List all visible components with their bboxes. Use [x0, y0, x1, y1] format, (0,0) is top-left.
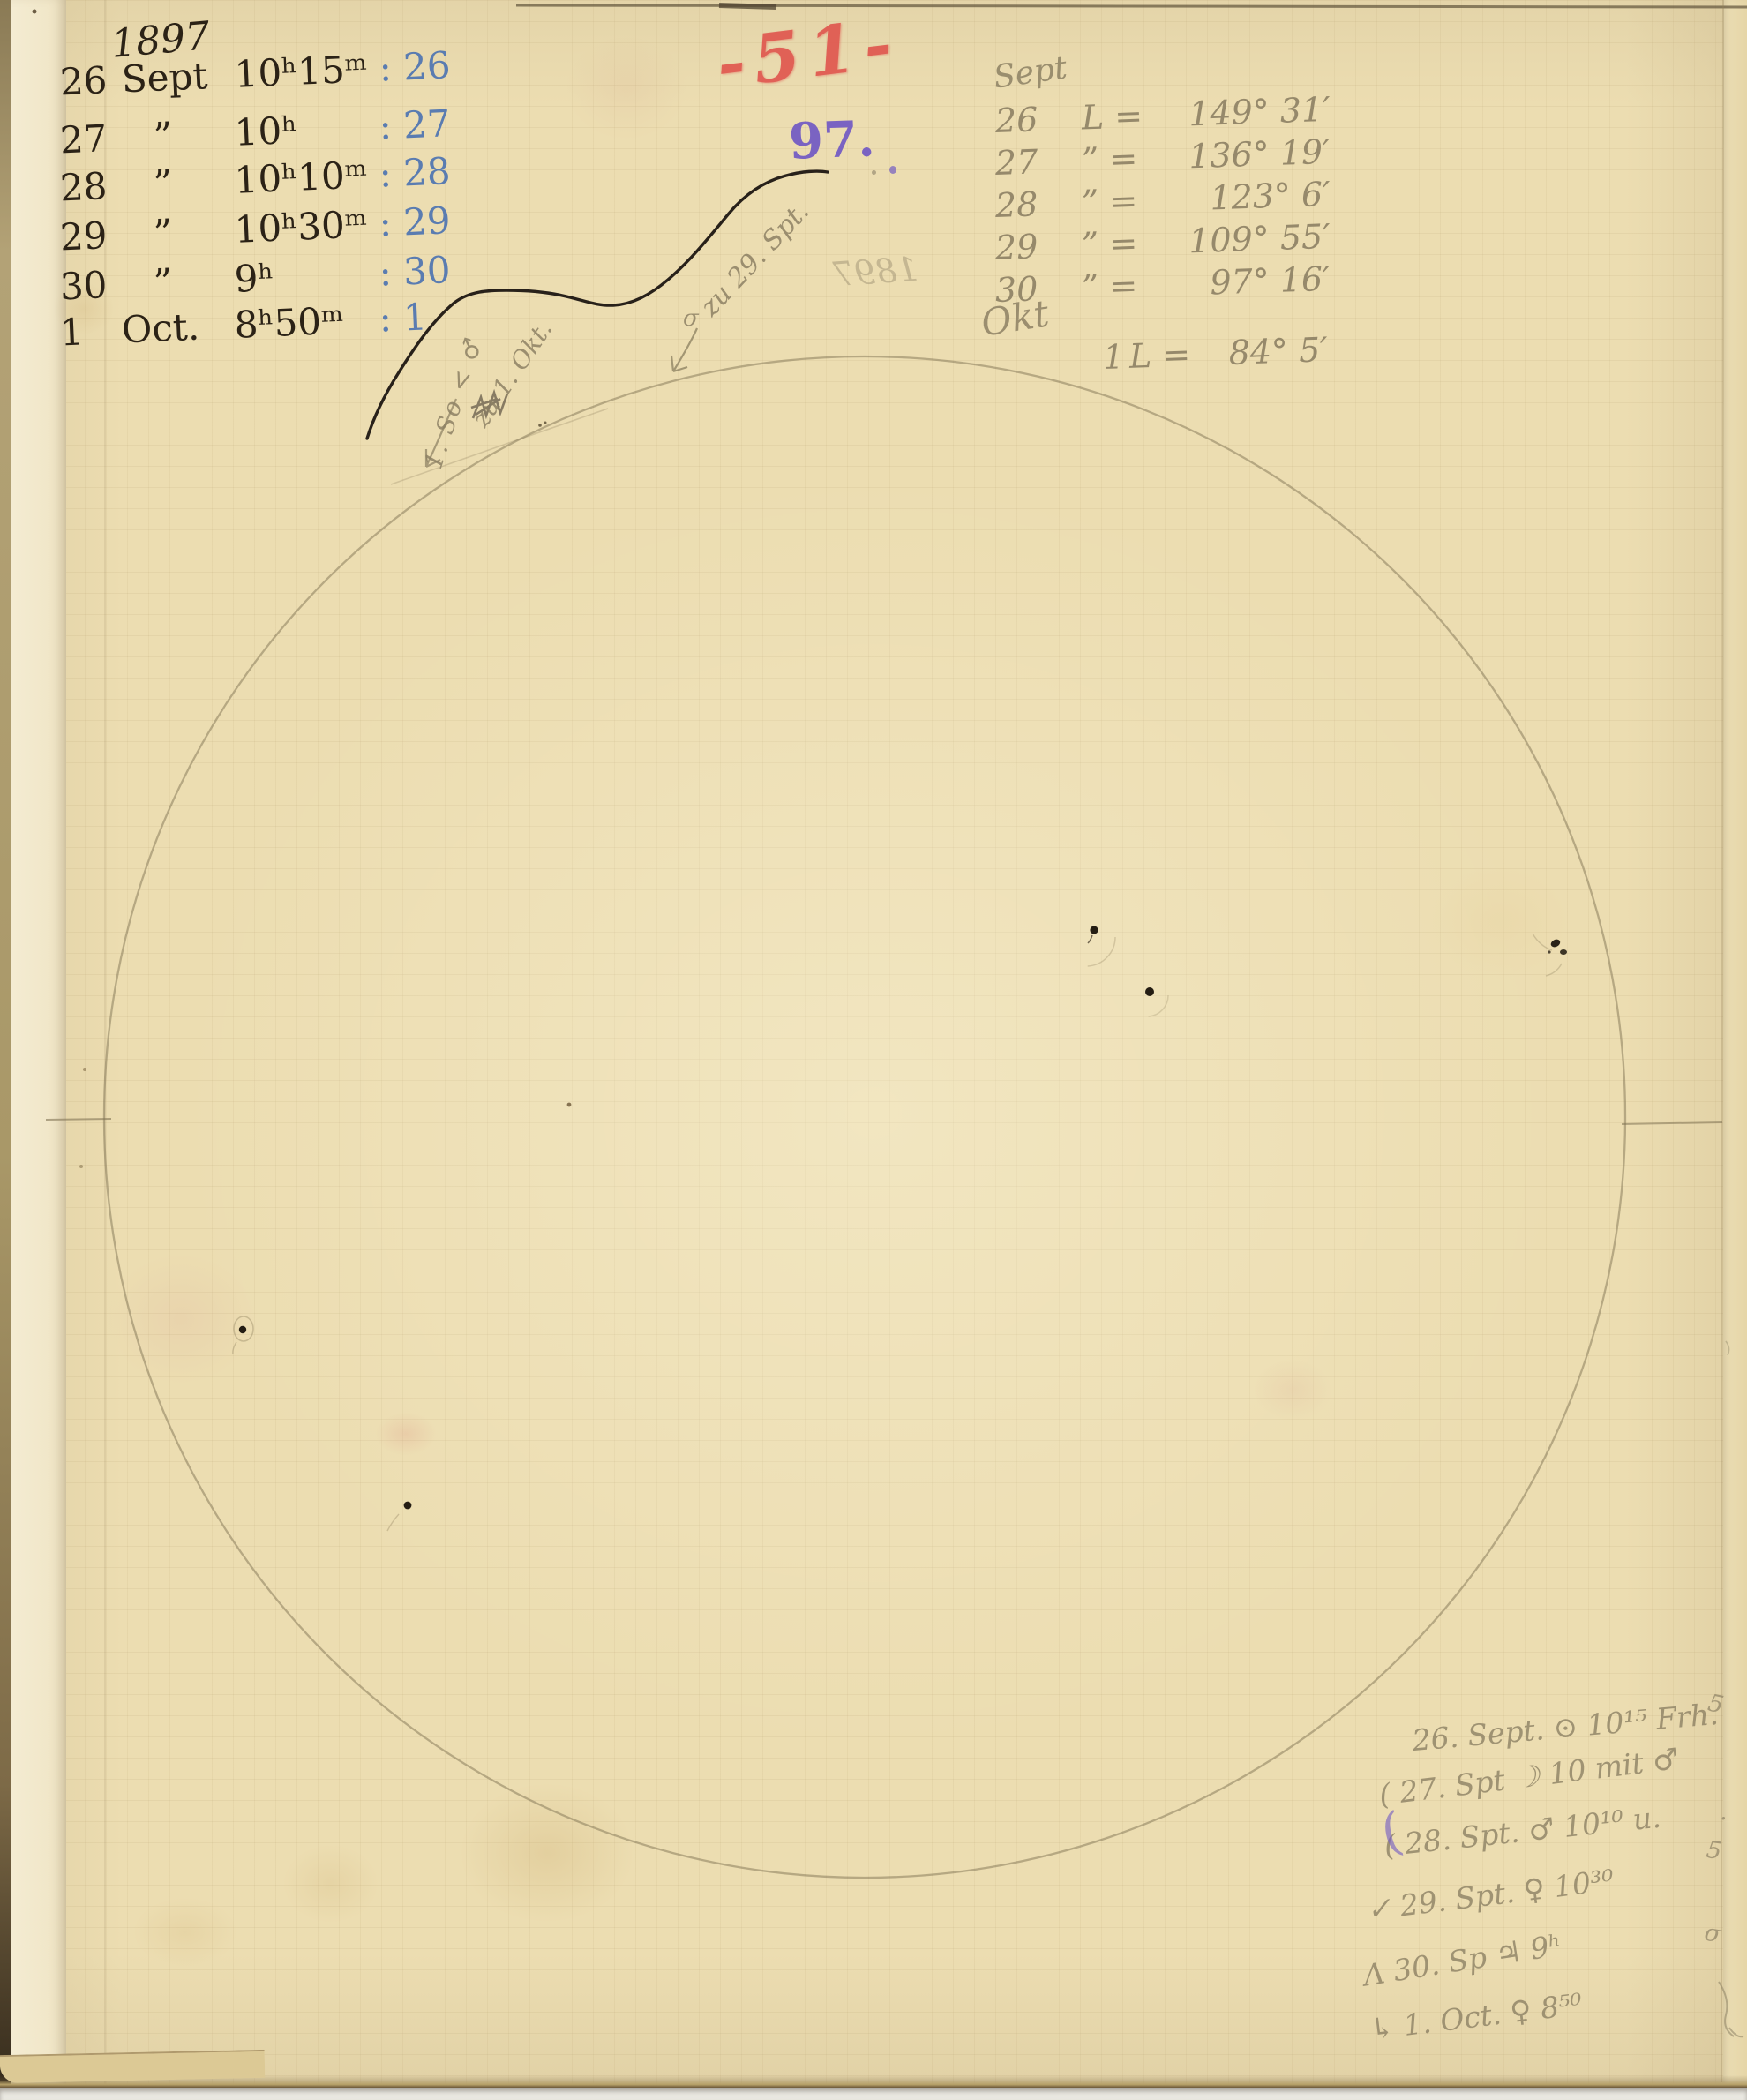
- binding-edge: [0, 0, 11, 2100]
- paper-stain: [282, 1844, 379, 1924]
- obs-month: ”: [153, 211, 174, 255]
- lon-eq: L =: [1081, 96, 1143, 137]
- obs-id-mark: : 1: [379, 295, 428, 340]
- lon-value: 84° 5′: [1181, 330, 1328, 374]
- obs-id-mark: : 27: [379, 101, 452, 147]
- edge-mark: ·: [1720, 1805, 1728, 1833]
- lon-day: 28: [994, 184, 1038, 225]
- pencil-arrow-right: [671, 328, 697, 371]
- obs-day: 28: [59, 164, 109, 209]
- lon-value: 136° 19′: [1144, 132, 1331, 177]
- obs-id-mark: : 30: [379, 248, 452, 294]
- obs-id-mark: : 29: [379, 199, 452, 244]
- sunspot-tail: [387, 1514, 399, 1531]
- obs-id-mark: : 28: [379, 149, 452, 195]
- obs-time: 10ʰ: [234, 109, 299, 154]
- longitude-okt-header: Okt: [978, 291, 1052, 344]
- paper-stain: [106, 1253, 256, 1385]
- curve-note-right: zu 29. Spt.: [694, 196, 815, 322]
- paper-fleck: [79, 1165, 83, 1168]
- obs-month: Sept: [121, 54, 208, 101]
- sunspot-pencil-ring: [1126, 974, 1168, 1016]
- obs-month: ”: [153, 161, 174, 206]
- lon-value: 149° 31′: [1144, 90, 1331, 135]
- notebook-page: 1897 26 Sept 10ʰ15ᵐ : 26 27 ” 10ʰ : 27 2…: [0, 0, 1747, 2100]
- obs-day: 27: [59, 116, 109, 161]
- pencil-note-line: ↳ 1. Oct. ♀ 8⁵⁰: [1368, 1986, 1585, 2046]
- sunspot-mark: [1090, 926, 1098, 934]
- obs-month: Oct.: [121, 305, 200, 352]
- lon-day: 29: [994, 227, 1038, 267]
- solar-disk-outline: [104, 356, 1625, 1878]
- obs-time: 10ʰ10ᵐ: [234, 153, 369, 202]
- pencil-note-line: ✓ 29. Spt. ♀ 10³⁰: [1365, 1863, 1616, 1927]
- obs-time: 9ʰ: [234, 256, 275, 301]
- grey-ink-dot: [872, 170, 876, 175]
- pencil-note-line: ( 28. Spt. ♂ 10¹⁰ u.: [1383, 1800, 1662, 1864]
- lon-day: 26: [994, 100, 1038, 140]
- lon-value: 97° 16′: [1144, 259, 1331, 304]
- obs-time: 10ʰ15ᵐ: [234, 47, 369, 96]
- paper-fleck: [538, 424, 542, 427]
- obs-day: 29: [59, 214, 109, 259]
- violet-ink-dot: [889, 166, 896, 174]
- sunspot-pencil-ring: [1057, 908, 1115, 966]
- paper-stain: [375, 1412, 437, 1456]
- top-page-edge-dark-segment: [719, 5, 776, 7]
- lon-value: 123° 6′: [1144, 175, 1331, 220]
- lon-eq: ” =: [1081, 266, 1138, 306]
- obs-id-mark: : 26: [379, 43, 452, 89]
- obs-day: 1: [59, 310, 85, 354]
- lon-eq: ” =: [1081, 181, 1138, 221]
- red-crayon-number: -51-: [712, 4, 904, 104]
- paper-stain: [1253, 1359, 1332, 1421]
- paper-fleck: [544, 422, 547, 424]
- paper-stain: [1429, 865, 1571, 979]
- lon-eq: ” =: [1081, 223, 1138, 264]
- longitude-month-header: Sept: [992, 49, 1069, 95]
- paper-stain: [132, 1897, 238, 1968]
- lon-eq: ” =: [1081, 139, 1138, 179]
- lon-value: 109° 55′: [1144, 217, 1331, 262]
- longitude-row: 1 L = 84° 5′: [1102, 326, 1457, 384]
- sunspot-mark: [404, 1502, 412, 1510]
- obs-time: 10ʰ30ᵐ: [234, 202, 369, 251]
- obs-month: ”: [153, 114, 174, 158]
- paper-fleck: [567, 1103, 572, 1107]
- obs-time: 8ʰ50ᵐ: [234, 298, 345, 346]
- paper-stain: [459, 1782, 635, 1924]
- sunspot-mark: [1145, 987, 1154, 996]
- obs-day: 26: [59, 58, 109, 103]
- plate-number: 97.: [788, 109, 876, 170]
- lon-day: 27: [994, 142, 1038, 183]
- pencil-note-line: Λ 30. Sp ♃ 9ʰ: [1361, 1927, 1563, 1992]
- bottom-left-curl: [0, 2050, 265, 2083]
- top-page-edge-line: [516, 5, 1747, 7]
- paper-stain: [565, 35, 688, 141]
- equator-tick-right: [1622, 1122, 1722, 1124]
- mirrored-offset-text: 1897: [832, 250, 920, 295]
- curve-sigma-label: σ: [683, 305, 699, 332]
- pencil-notes-block: 26. Sept. ⊙ 10¹⁵ Frh. ( 27. Spt ☽ 10 mit…: [1361, 1705, 1747, 2093]
- lon-day: 1: [1102, 337, 1125, 377]
- obs-day: 30: [59, 263, 109, 308]
- sunspot-tail: [1088, 935, 1092, 943]
- obs-month: ”: [153, 260, 174, 304]
- paper-fleck: [83, 1068, 86, 1071]
